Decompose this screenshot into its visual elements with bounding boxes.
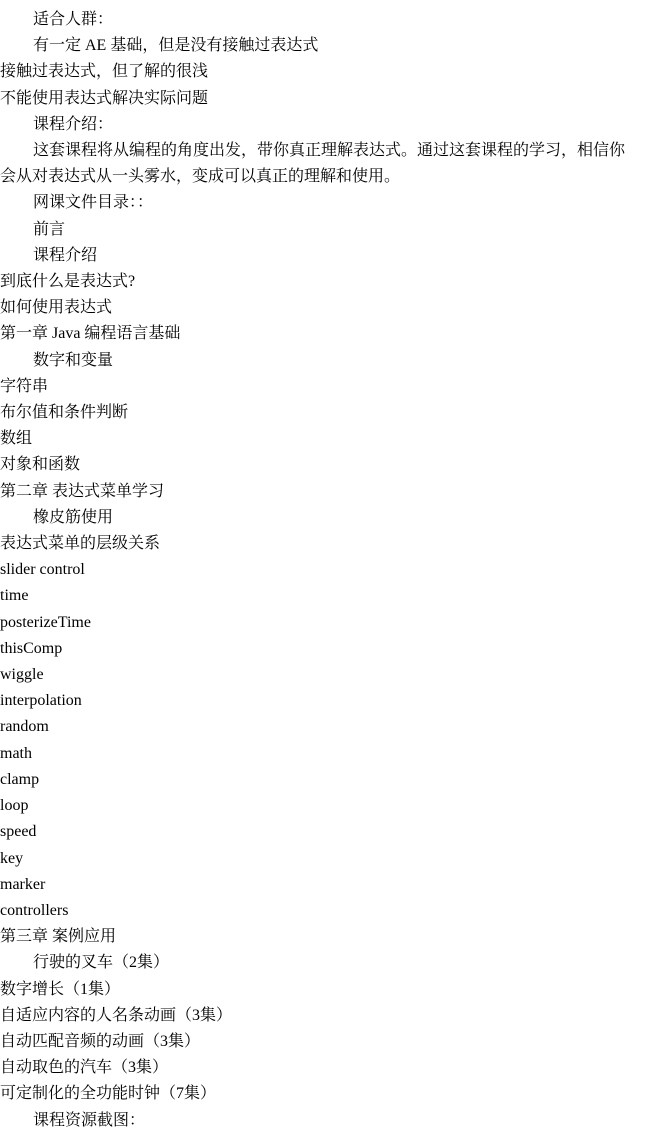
text-line: 接触过表达式，但了解的很浅 bbox=[0, 59, 650, 85]
text-line: interpolation bbox=[0, 688, 650, 714]
text-line: wiggle bbox=[0, 662, 650, 688]
text-line: 如何使用表达式 bbox=[0, 295, 650, 321]
text-line: 橡皮筋使用 bbox=[0, 505, 650, 531]
text-line: speed bbox=[0, 819, 650, 845]
text-line: 第二章 表达式菜单学习 bbox=[0, 479, 650, 505]
text-line: 第一章 Java 编程语言基础 bbox=[0, 321, 650, 347]
text-line: 数字增长（1集） bbox=[0, 977, 650, 1003]
text-line: 行驶的叉车（2集） bbox=[0, 950, 650, 976]
text-line: posterizeTime bbox=[0, 610, 650, 636]
text-line: 前言 bbox=[0, 217, 650, 243]
text-line: 自动匹配音频的动画（3集） bbox=[0, 1029, 650, 1055]
text-line: 课程介绍 bbox=[0, 243, 650, 269]
text-line: 布尔值和条件判断 bbox=[0, 400, 650, 426]
text-line: 第三章 案例应用 bbox=[0, 924, 650, 950]
text-line: 不能使用表达式解决实际问题 bbox=[0, 86, 650, 112]
text-line: 这套课程将从编程的角度出发，带你真正理解表达式。通过这套课程的学习，相信你 bbox=[0, 138, 650, 164]
document-body: 适合人群：有一定 AE 基础，但是没有接触过表达式接触过表达式，但了解的很浅不能… bbox=[0, 7, 650, 1134]
text-line: 课程介绍： bbox=[0, 112, 650, 138]
text-line: 网课文件目录：： bbox=[0, 190, 650, 216]
text-line: 会从对表达式从一头雾水，变成可以真正的理解和使用。 bbox=[0, 164, 650, 190]
text-line: 适合人群： bbox=[0, 7, 650, 33]
text-line: 数组 bbox=[0, 426, 650, 452]
text-line: loop bbox=[0, 793, 650, 819]
text-line: key bbox=[0, 846, 650, 872]
text-line: 自适应内容的人名条动画（3集） bbox=[0, 1003, 650, 1029]
text-line: 表达式菜单的层级关系 bbox=[0, 531, 650, 557]
text-line: 字符串 bbox=[0, 374, 650, 400]
text-line: math bbox=[0, 741, 650, 767]
text-line: 可定制化的全功能时钟（7集） bbox=[0, 1081, 650, 1107]
text-line: 对象和函数 bbox=[0, 452, 650, 478]
text-line: marker bbox=[0, 872, 650, 898]
text-line: time bbox=[0, 583, 650, 609]
text-line: clamp bbox=[0, 767, 650, 793]
text-line: controllers bbox=[0, 898, 650, 924]
text-line: 课程资源截图： bbox=[0, 1108, 650, 1134]
text-line: 自动取色的汽车（3集） bbox=[0, 1055, 650, 1081]
text-line: 到底什么是表达式? bbox=[0, 269, 650, 295]
text-line: slider control bbox=[0, 557, 650, 583]
document-page: 适合人群：有一定 AE 基础，但是没有接触过表达式接触过表达式，但了解的很浅不能… bbox=[0, 0, 650, 1134]
text-line: random bbox=[0, 714, 650, 740]
text-line: thisComp bbox=[0, 636, 650, 662]
text-line: 有一定 AE 基础，但是没有接触过表达式 bbox=[0, 33, 650, 59]
text-line: 数字和变量 bbox=[0, 348, 650, 374]
